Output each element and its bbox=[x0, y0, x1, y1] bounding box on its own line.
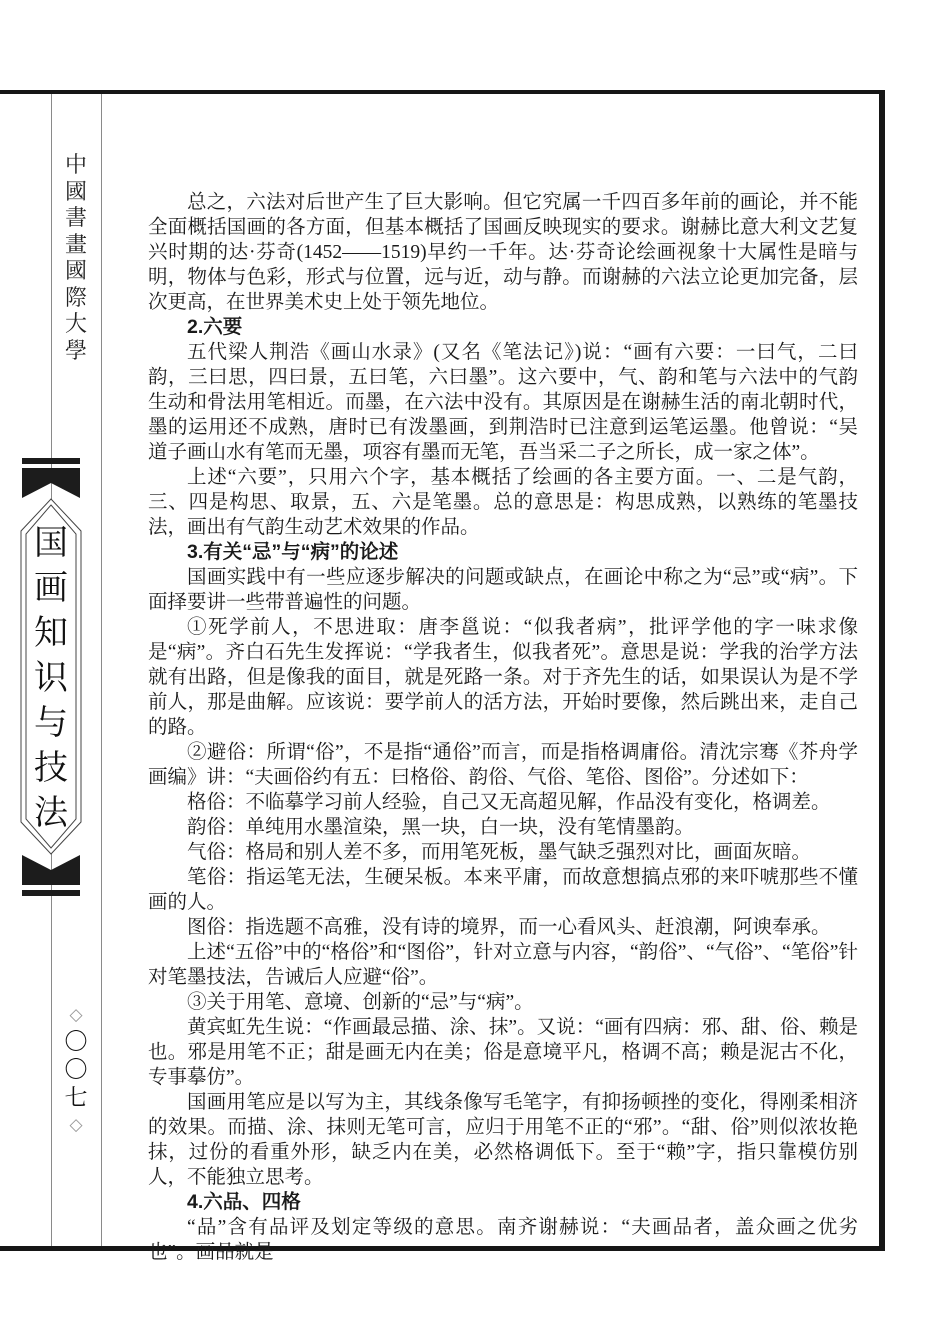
vertical-char: 技 bbox=[34, 746, 68, 791]
paragraph: 五代梁人荆浩《画山水录》(又名《笔法记》)说：“画有六要：一曰气，二曰韵，三曰思… bbox=[148, 340, 858, 465]
paragraph: ①死学前人，不思进取：唐李邕说：“似我者病”，批评学他的字一味求像是“病”。齐白… bbox=[148, 615, 858, 740]
section-heading: 2.六要 bbox=[148, 315, 858, 340]
vertical-char: 〇 bbox=[65, 1028, 88, 1056]
main-text-block: 总之，六法对后世产生了巨大影响。但它究属一千四百多年前的画论，并不能全面概括国画… bbox=[148, 190, 858, 1265]
paragraph: 国画用笔应是以写为主，其线条像写毛笔字，有抑扬顿挫的变化，得刚柔相济的效果。而描… bbox=[148, 1090, 858, 1190]
emblem-bottom-ribbon bbox=[22, 855, 80, 885]
page-number-bottom-ornament: ◇ bbox=[69, 1112, 82, 1138]
paragraph: 上述“六要”，只用六个字，基本概括了绘画的各主要方面。一、二是气韵，三、四是构思… bbox=[148, 465, 858, 540]
vertical-char: 書 bbox=[65, 205, 87, 232]
vertical-char: 知 bbox=[34, 611, 68, 656]
page-number: ◇ 〇〇七 ◇ bbox=[51, 1002, 101, 1138]
page-number-top-ornament: ◇ bbox=[69, 1002, 82, 1028]
vertical-char: 大 bbox=[65, 311, 87, 338]
paragraph: 总之，六法对后世产生了巨大影响。但它究属一千四百多年前的画论，并不能全面概括国画… bbox=[148, 190, 858, 315]
paragraph: 上述“五俗”中的“格俗”和“图俗”，针对立意与内容，“韵俗”、“气俗”、“笔俗”… bbox=[148, 940, 858, 990]
vertical-char: 畫 bbox=[65, 232, 87, 259]
vertical-char: 画 bbox=[34, 566, 68, 611]
emblem-top-ribbon bbox=[22, 468, 80, 498]
book-page: 中國書畫國際大學 国画知识与技法 ◇ 〇〇七 ◇ 总之，六法对后世产生了巨大影响… bbox=[0, 0, 950, 1344]
paragraph: 格俗：不临摹学习前人经验，自己又无高超见解，作品没有变化，格调差。 bbox=[148, 790, 858, 815]
vertical-char: 際 bbox=[65, 285, 87, 312]
vertical-char: 國 bbox=[65, 179, 87, 206]
paragraph: 国画实践中有一些应逐步解决的问题或缺点，在画论中称之为“忌”或“病”。下面择要讲… bbox=[148, 565, 858, 615]
vertical-char: 识 bbox=[34, 656, 68, 701]
paragraph: 图俗：指选题不高雅，没有诗的境界，而一心看风头、赶浪潮，阿谀奉承。 bbox=[148, 915, 858, 940]
vertical-char: 法 bbox=[34, 791, 68, 836]
vertical-char: 七 bbox=[65, 1084, 88, 1112]
emblem-bottom-bar bbox=[22, 890, 80, 896]
vertical-char: 〇 bbox=[65, 1056, 88, 1084]
book-title-vertical: 国画知识与技法 bbox=[20, 521, 82, 836]
paragraph: 笔俗：指运笔无法，生硬呆板。本来平庸，而故意想搞点邪的来吓唬那些不懂画的人。 bbox=[148, 865, 858, 915]
paragraph: 气俗：格局和别人差不多，而用笔死板，墨气缺乏强烈对比，画面灰暗。 bbox=[148, 840, 858, 865]
section-heading: 4.六品、四格 bbox=[148, 1190, 858, 1215]
book-title-emblem: 国画知识与技法 bbox=[20, 455, 82, 897]
paragraph: 黄宾虹先生说：“作画最忌描、涂、抹”。又说：“画有四病：邪、甜、俗、赖是也。邪是… bbox=[148, 1015, 858, 1090]
vertical-char: 國 bbox=[65, 258, 87, 285]
vertical-char: 与 bbox=[34, 701, 68, 746]
paragraph: “品”含有品评及划定等级的意思。南齐谢赫说：“夫画品者，盖众画之优劣也”。画品就… bbox=[148, 1215, 858, 1265]
paragraph: ②避俗：所谓“俗”，不是指“通俗”而言，而是指格调庸俗。清沈宗骞《芥舟学画编》讲… bbox=[148, 740, 858, 790]
spine-university-title: 中國書畫國際大學 bbox=[51, 152, 101, 364]
vertical-char: 国 bbox=[34, 521, 68, 566]
paragraph: ③关于用笔、意境、创新的“忌”与“病”。 bbox=[148, 990, 858, 1015]
spine-rule-right bbox=[101, 94, 102, 1246]
vertical-char: 中 bbox=[65, 152, 87, 179]
paragraph: 韵俗：单纯用水墨渲染，黑一块，白一块，没有笔情墨韵。 bbox=[148, 815, 858, 840]
vertical-char: 學 bbox=[65, 338, 87, 365]
page-number-digits: 〇〇七 bbox=[65, 1028, 88, 1112]
emblem-top-bar bbox=[22, 458, 80, 464]
section-heading: 3.有关“忌”与“病”的论述 bbox=[148, 540, 858, 565]
